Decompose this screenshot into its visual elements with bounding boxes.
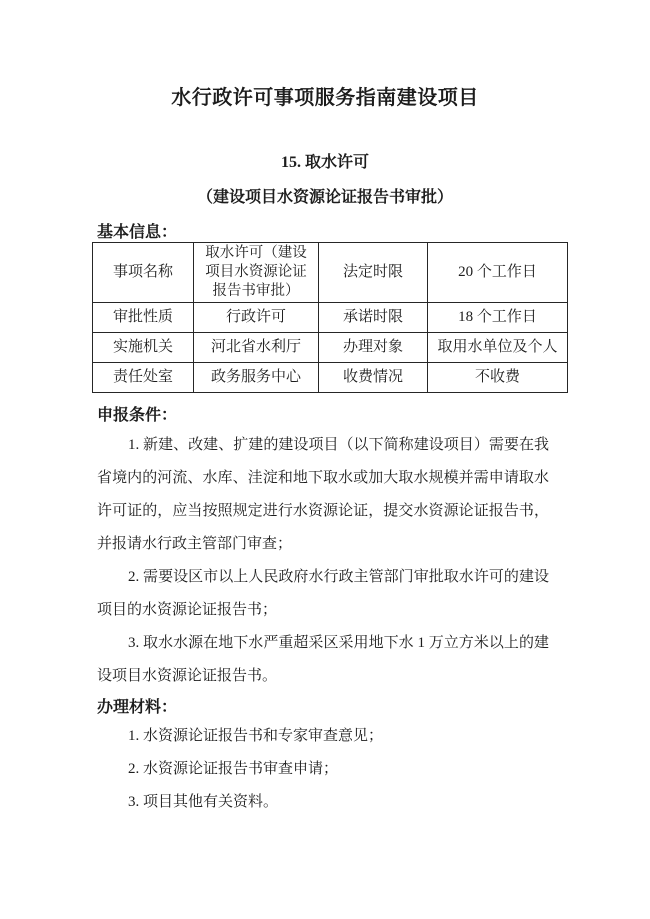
item-number-heading: 15. 取水许可 bbox=[97, 153, 553, 173]
table-row: 事项名称 取水许可（建设 项目水资源论证 报告书审批） 法定时限 20 个工作日 bbox=[93, 243, 568, 303]
material-item-2: 2. 水资源论证报告书审查申请； bbox=[97, 753, 553, 786]
material-item-3: 3. 项目其他有关资料。 bbox=[97, 786, 553, 819]
key-cell: 法定时限 bbox=[319, 243, 428, 303]
value-cell: 不收费 bbox=[428, 363, 568, 393]
key-cell: 承诺时限 bbox=[319, 303, 428, 333]
conditions-heading: 申报条件： bbox=[97, 406, 553, 425]
item-subtitle: （建设项目水资源论证报告书审批） bbox=[97, 188, 553, 207]
value-cell: 政务服务中心 bbox=[194, 363, 319, 393]
key-cell: 责任处室 bbox=[93, 363, 194, 393]
value-cell: 20 个工作日 bbox=[428, 243, 568, 303]
table-row: 审批性质 行政许可 承诺时限 18 个工作日 bbox=[93, 303, 568, 333]
table-row: 责任处室 政务服务中心 收费情况 不收费 bbox=[93, 363, 568, 393]
key-cell: 办理对象 bbox=[319, 333, 428, 363]
key-cell: 审批性质 bbox=[93, 303, 194, 333]
condition-paragraph-2: 2. 需要设区市以上人民政府水行政主管部门审批取水许可的建设项目的水资源论证报告… bbox=[97, 561, 549, 627]
material-item-1: 1. 水资源论证报告书和专家审查意见； bbox=[97, 720, 553, 753]
value-cell: 河北省水利厅 bbox=[194, 333, 319, 363]
basic-info-heading: 基本信息： bbox=[97, 223, 553, 242]
value-cell: 行政许可 bbox=[194, 303, 319, 333]
document-title: 水行政许可事项服务指南建设项目 bbox=[97, 86, 553, 110]
document-page: 水行政许可事项服务指南建设项目 15. 取水许可 （建设项目水资源论证报告书审批… bbox=[0, 0, 650, 919]
key-cell: 收费情况 bbox=[319, 363, 428, 393]
value-cell: 18 个工作日 bbox=[428, 303, 568, 333]
table-row: 实施机关 河北省水利厅 办理对象 取用水单位及个人 bbox=[93, 333, 568, 363]
materials-heading: 办理材料： bbox=[97, 698, 553, 717]
value-cell: 取用水单位及个人 bbox=[428, 333, 568, 363]
value-cell: 取水许可（建设 项目水资源论证 报告书审批） bbox=[194, 243, 319, 303]
basic-info-table: 事项名称 取水许可（建设 项目水资源论证 报告书审批） 法定时限 20 个工作日… bbox=[92, 242, 568, 393]
condition-paragraph-1: 1. 新建、改建、扩建的建设项目（以下简称建设项目）需要在我省境内的河流、水库、… bbox=[97, 429, 549, 561]
condition-paragraph-3: 3. 取水水源在地下水严重超采区采用地下水 1 万立方米以上的建设项目水资源论证… bbox=[97, 627, 549, 693]
key-cell: 实施机关 bbox=[93, 333, 194, 363]
key-cell: 事项名称 bbox=[93, 243, 194, 303]
